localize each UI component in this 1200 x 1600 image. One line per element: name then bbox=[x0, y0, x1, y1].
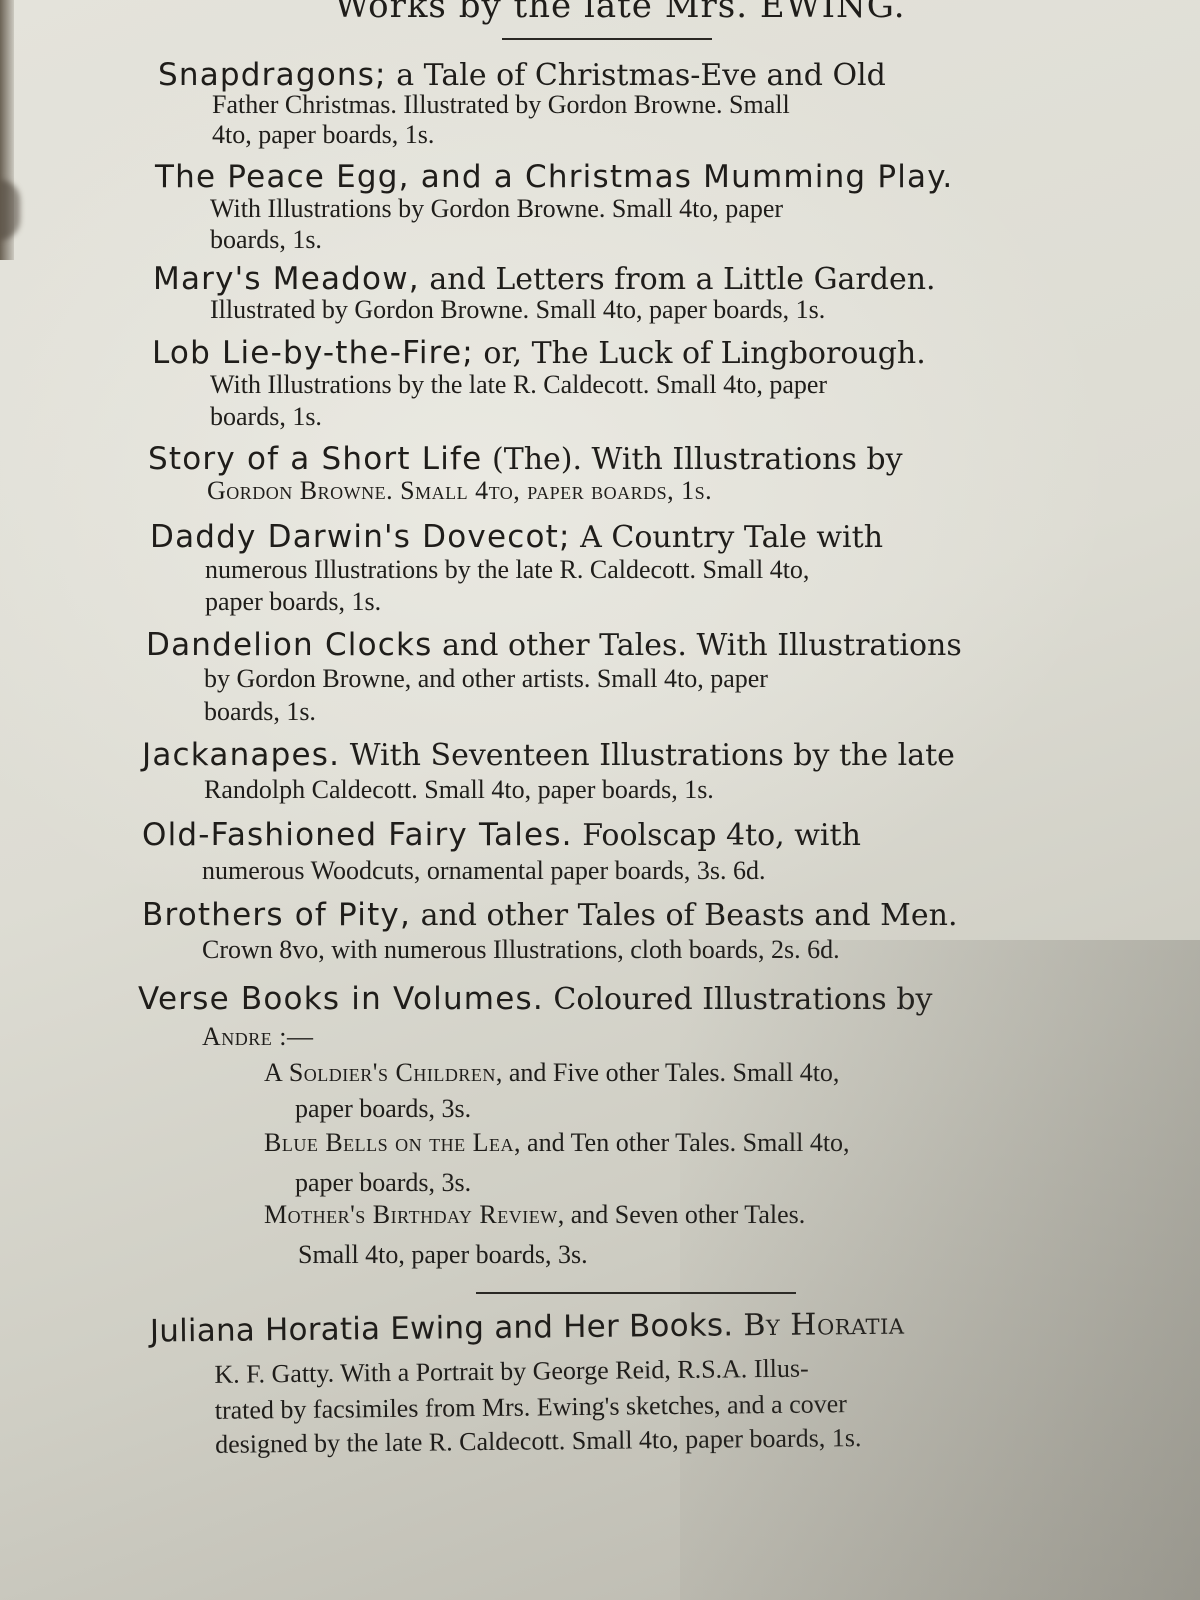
book-title-rest: (The). With Illustrations by bbox=[482, 442, 902, 477]
book-title-rest: Coloured Illustrations by bbox=[544, 982, 933, 1017]
book-detail-line: With Illustrations by Gordon Browne. Sma… bbox=[210, 194, 783, 224]
book-title: Daddy Darwin's Dovecot; bbox=[150, 519, 571, 555]
book-detail-line: Randolph Caldecott. Small 4to, paper boa… bbox=[204, 775, 714, 805]
book-title-rest: and Letters from a Little Garden. bbox=[420, 262, 936, 297]
book-title-rest: By Horatia bbox=[733, 1307, 905, 1344]
book-title: Old-Fashioned Fairy Tales. bbox=[142, 817, 573, 853]
book-title: Lob Lie-by-the-Fire; bbox=[152, 335, 474, 371]
volume-detail-line: paper boards, 3s. bbox=[295, 1168, 471, 1198]
illustrator-line: Andre :— bbox=[202, 1022, 314, 1052]
book-title: Juliana Horatia Ewing and Her Books. bbox=[150, 1307, 734, 1349]
book-title: Mary's Meadow, bbox=[153, 261, 420, 297]
book-detail-line: K. F. Gatty. With a Portrait by George R… bbox=[214, 1354, 809, 1390]
page-heading: Works by the late Mrs. EWING. bbox=[0, 0, 1200, 26]
volume-title: A Soldier's Children bbox=[264, 1058, 496, 1087]
section-rule bbox=[476, 1292, 796, 1294]
book-detail-line: 4to, paper boards, 1s. bbox=[212, 120, 434, 150]
book-detail-line: boards, 1s. bbox=[210, 225, 322, 255]
book-title: Verse Books in Volumes. bbox=[138, 981, 544, 1017]
book-title-rest: With Seventeen Illustrations by the late bbox=[340, 738, 955, 773]
book-detail-line: With Illustrations by the late R. Caldec… bbox=[210, 370, 827, 400]
book-detail-line: boards, 1s. bbox=[210, 402, 322, 432]
heading-rule bbox=[502, 38, 712, 40]
book-title-rest: a Tale of Christmas-Eve and Old bbox=[387, 58, 886, 93]
book-detail-line: by Gordon Browne, and other artists. Sma… bbox=[204, 664, 768, 694]
volume-title: Blue Bells on the Lea bbox=[264, 1128, 514, 1157]
book-title-rest: and other Tales. With Illustrations bbox=[433, 628, 962, 663]
book-title: Brothers of Pity, bbox=[142, 897, 411, 933]
book-title-rest: or, The Luck of Lingborough. bbox=[474, 336, 926, 371]
volume-detail-line: Small 4to, paper boards, 3s. bbox=[298, 1240, 588, 1270]
book-title: Jackanapes. bbox=[142, 737, 340, 773]
book-detail-line: Gordon Browne. Small 4to, paper boards, … bbox=[207, 476, 712, 506]
book-detail-line: Illustrated by Gordon Browne. Small 4to,… bbox=[210, 295, 825, 325]
book-title: Snapdragons; bbox=[158, 57, 387, 93]
book-detail-line: paper boards, 1s. bbox=[205, 587, 381, 617]
book-detail-line: boards, 1s. bbox=[204, 697, 316, 727]
volume-detail: , and Ten other Tales. Small 4to, bbox=[514, 1128, 850, 1157]
volume-detail-line: paper boards, 3s. bbox=[295, 1094, 471, 1124]
book-detail-line: Father Christmas. Illustrated by Gordon … bbox=[212, 90, 790, 120]
volume-detail: , and Seven other Tales. bbox=[558, 1200, 806, 1229]
book-title: The Peace Egg, and a Christmas Mumming P… bbox=[155, 159, 953, 195]
book-title: Story of a Short Life bbox=[148, 441, 482, 477]
volume-detail: , and Five other Tales. Small 4to, bbox=[496, 1058, 840, 1087]
book-title-rest: and other Tales of Beasts and Men. bbox=[411, 898, 957, 933]
volume-title: Mother's Birthday Review bbox=[264, 1200, 558, 1229]
book-detail-line: numerous Woodcuts, ornamental paper boar… bbox=[202, 856, 766, 886]
book-detail-line: Crown 8vo, with numerous Illustrations, … bbox=[202, 935, 840, 965]
book-title-rest: Foolscap 4to, with bbox=[573, 818, 861, 853]
book-title: Dandelion Clocks bbox=[146, 627, 433, 663]
book-detail-line: numerous Illustrations by the late R. Ca… bbox=[205, 555, 809, 585]
book-title-rest: A Country Tale with bbox=[571, 520, 883, 555]
